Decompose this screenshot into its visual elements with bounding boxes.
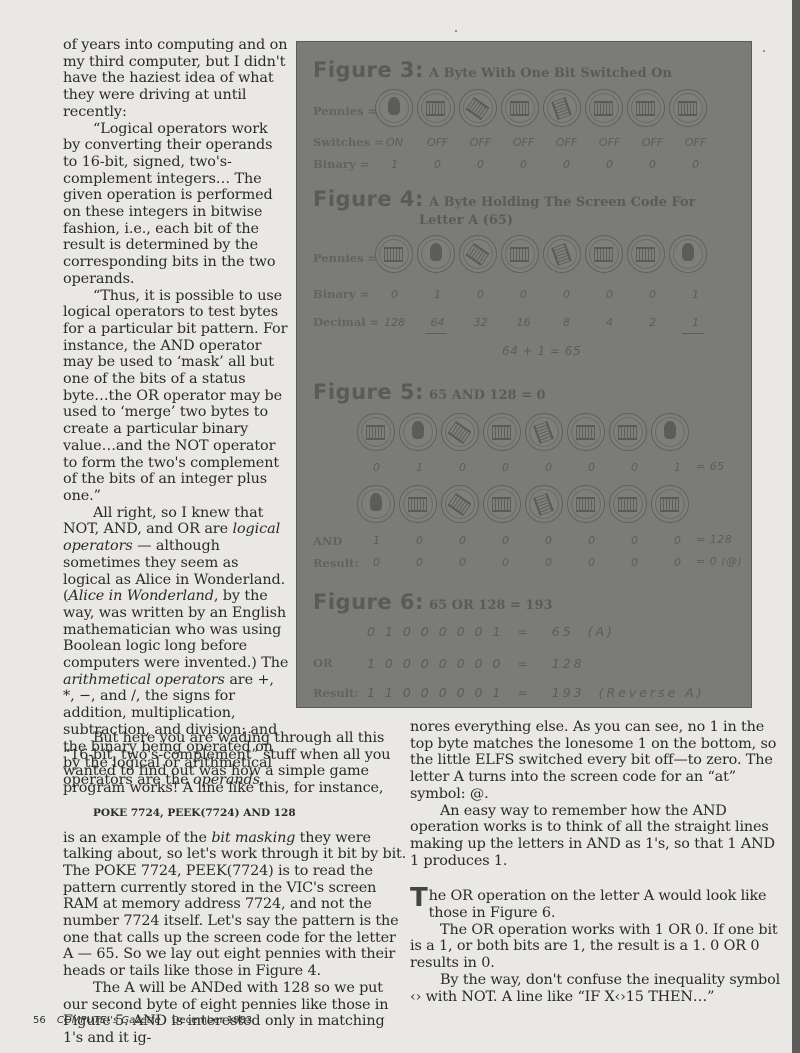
cell: 1: [674, 288, 717, 301]
cell: 0: [484, 556, 527, 569]
penny-tails-icon: [501, 89, 539, 127]
penny-tails-icon: [459, 235, 497, 273]
issue-date: December 1983: [172, 1015, 252, 1026]
page-binding-edge: [792, 0, 800, 1053]
penny-tails-icon: [609, 413, 647, 451]
total-annotation: = 0 (@): [696, 555, 742, 568]
cell: 0: [631, 158, 674, 171]
cell: 0: [459, 288, 502, 301]
cell: 0: [502, 158, 545, 171]
paragraph: An easy way to remember how the AND oper…: [410, 803, 785, 870]
text: is an example of the: [63, 830, 211, 846]
cell: OFF: [502, 136, 545, 149]
paragraph: The A will be ANDed with 128 so we put o…: [63, 980, 408, 1047]
cell: 0: [502, 288, 545, 301]
emphasis: bit masking: [211, 830, 295, 846]
page-number: 56: [33, 1015, 46, 1026]
operand-2-row: 1 0 0 0 0 0 0 0 = 128: [367, 656, 585, 671]
penny-tails-icon: [357, 413, 395, 451]
penny-tails-icon: [525, 413, 563, 451]
figure-caption: 65 OR 128 = 193: [429, 598, 553, 613]
cell: 0: [631, 288, 674, 301]
cell: 0: [588, 158, 631, 171]
figure-number: Figure 6:: [313, 590, 424, 614]
figure-5-title: Figure 5: 65 AND 128 = 0: [313, 380, 546, 404]
paragraph: But here you are wading through all this…: [63, 730, 408, 797]
paragraph: By the way, don't confuse the inequality…: [410, 972, 785, 1005]
total-annotation: = 128: [696, 533, 732, 546]
penny-heads-icon: [417, 235, 455, 273]
penny-tails-icon: [417, 89, 455, 127]
paragraph: of years into computing and on my third …: [63, 37, 289, 121]
binary-label: Binary =: [313, 287, 369, 301]
figure-caption: A Byte With One Bit Switched On: [429, 66, 672, 81]
left-column: of years into computing and on my third …: [63, 37, 289, 789]
underline-mark: [682, 333, 704, 334]
cell: OFF: [631, 136, 674, 149]
text: he OR operation on the letter A would lo…: [429, 888, 767, 921]
cell: 0: [656, 556, 699, 569]
cell: 0: [545, 288, 588, 301]
cell: 128: [373, 316, 416, 329]
cell: 0: [613, 534, 656, 547]
or-label: OR: [313, 656, 333, 670]
total-annotation: = 65: [696, 460, 725, 473]
penny-heads-icon: [669, 235, 707, 273]
text: they were talking about, so let's work t…: [63, 830, 406, 980]
binary-row: 1 0 0 0 0 0 0 0: [373, 158, 717, 171]
penny-tails-icon: [627, 89, 665, 127]
penny-heads-icon: [375, 89, 413, 127]
cell: 1: [416, 288, 459, 301]
cell: 1: [398, 461, 441, 474]
penny-tails-icon: [441, 485, 479, 523]
cell: 0: [355, 556, 398, 569]
cell: 0: [441, 556, 484, 569]
paragraph: nores everything else. As you can see, n…: [410, 719, 785, 803]
penny-row: [375, 235, 707, 273]
result-label: Result:: [313, 556, 359, 570]
magazine-name: COMPUTE!'s Gazette: [57, 1015, 161, 1026]
penny-tails-icon: [483, 485, 521, 523]
figure-caption: 65 AND 128 = 0: [429, 388, 546, 403]
cell: OFF: [459, 136, 502, 149]
cell: 0: [570, 556, 613, 569]
cell: 1: [355, 534, 398, 547]
cell: 64: [416, 316, 459, 329]
cell: 0: [484, 534, 527, 547]
drop-cap: T: [410, 889, 428, 907]
penny-tails-icon: [567, 413, 605, 451]
sum-annotation: 64 + 1 = 65: [502, 344, 581, 358]
cell: 32: [459, 316, 502, 329]
underline-mark: [425, 333, 447, 334]
result-row: 0 0 0 0 0 0 0 0: [355, 556, 699, 569]
penny-row: [357, 413, 689, 451]
figure-number: Figure 3:: [313, 58, 424, 82]
penny-row: [357, 485, 689, 523]
page-footer: 56 COMPUTE!'s Gazette December 1983: [33, 1015, 252, 1026]
cell: 0: [355, 461, 398, 474]
figure-caption: A Byte Holding The Screen Code For: [429, 195, 695, 210]
result-label: Result:: [313, 686, 359, 700]
binary-label: Binary =: [313, 157, 369, 171]
penny-heads-icon: [399, 413, 437, 451]
penny-tails-icon: [585, 89, 623, 127]
cell: 0: [441, 461, 484, 474]
quote-paragraph: “Thus, it is possible to use logical ope…: [63, 288, 289, 505]
penny-tails-icon: [543, 235, 581, 273]
cell: 1: [674, 316, 717, 329]
figure-number: Figure 5:: [313, 380, 424, 404]
print-speck: [455, 30, 457, 32]
cell: 0: [613, 556, 656, 569]
penny-row: [375, 89, 707, 127]
penny-tails-icon: [459, 89, 497, 127]
decimal-row: 128 64 32 16 8 4 2 1: [373, 316, 717, 329]
cell: 1: [373, 158, 416, 171]
cell: 0: [613, 461, 656, 474]
penny-tails-icon: [627, 235, 665, 273]
penny-tails-icon: [501, 235, 539, 273]
cell: 0: [459, 158, 502, 171]
cell: 1: [656, 461, 699, 474]
penny-tails-icon: [669, 89, 707, 127]
cell: OFF: [545, 136, 588, 149]
penny-tails-icon: [399, 485, 437, 523]
cell: 0: [656, 534, 699, 547]
cell: 0: [570, 461, 613, 474]
operand-1-row: 0 1 0 0 0 0 0 1: [355, 461, 699, 474]
decimal-label: Decimal =: [313, 315, 379, 329]
penny-tails-icon: [441, 413, 479, 451]
cell: 2: [631, 316, 674, 329]
figure-panel: Figure 3: A Byte With One Bit Switched O…: [296, 41, 752, 708]
penny-tails-icon: [525, 485, 563, 523]
cell: 8: [545, 316, 588, 329]
cell: 4: [588, 316, 631, 329]
cell: 0: [484, 461, 527, 474]
cell: 0: [545, 158, 588, 171]
penny-heads-icon: [651, 413, 689, 451]
pennies-label: Pennies =: [313, 104, 377, 118]
print-speck: [763, 50, 765, 52]
cell: 0: [373, 288, 416, 301]
emphasis: arithmetical operators: [63, 672, 225, 688]
cell: OFF: [588, 136, 631, 149]
figure-3-title: Figure 3: A Byte With One Bit Switched O…: [313, 58, 672, 82]
penny-tails-icon: [585, 235, 623, 273]
switches-row: ON OFF OFF OFF OFF OFF OFF OFF: [373, 136, 717, 149]
paragraph: is an example of the bit masking they we…: [63, 830, 408, 980]
cell: 0: [527, 556, 570, 569]
paragraph: The OR operation works with 1 OR 0. If o…: [410, 922, 785, 972]
emphasis: Alice in Wonderland: [69, 588, 214, 604]
operand-1-row: 0 1 0 0 0 0 0 1 = 65 (A): [367, 624, 615, 639]
cell: 0: [398, 534, 441, 547]
figure-number: Figure 4:: [313, 187, 424, 211]
operand-2-row: 1 0 0 0 0 0 0 0: [355, 534, 699, 547]
cell: OFF: [416, 136, 459, 149]
code-line: POKE 7724, PEEK(7724) AND 128: [63, 805, 408, 822]
figure-caption-line2: Letter A (65): [419, 213, 513, 228]
penny-tails-icon: [609, 485, 647, 523]
penny-tails-icon: [567, 485, 605, 523]
cell: 0: [398, 556, 441, 569]
cell: 0: [416, 158, 459, 171]
bottom-left-column: But here you are wading through all this…: [63, 730, 408, 1047]
penny-tails-icon: [543, 89, 581, 127]
cell: ON: [373, 136, 416, 149]
figure-4-title: Figure 4: A Byte Holding The Screen Code…: [313, 187, 696, 211]
binary-row: 0 1 0 0 0 0 0 1: [373, 288, 717, 301]
figure-6-title: Figure 6: 65 OR 128 = 193: [313, 590, 553, 614]
cell: OFF: [674, 136, 717, 149]
penny-tails-icon: [375, 235, 413, 273]
and-label: AND: [313, 534, 342, 548]
paragraph: The OR operation on the letter A would l…: [410, 888, 785, 921]
bottom-right-column: nores everything else. As you can see, n…: [410, 719, 785, 1005]
cell: 0: [441, 534, 484, 547]
cell: 0: [570, 534, 613, 547]
quote-paragraph: “Logical operators work by converting th…: [63, 121, 289, 288]
penny-tails-icon: [651, 485, 689, 523]
cell: 0: [588, 288, 631, 301]
penny-heads-icon: [357, 485, 395, 523]
penny-tails-icon: [483, 413, 521, 451]
cell: 0: [674, 158, 717, 171]
result-row: 1 1 0 0 0 0 0 1 = 193 (Reverse A): [367, 685, 705, 700]
cell: 16: [502, 316, 545, 329]
pennies-label: Pennies =: [313, 251, 377, 265]
cell: 0: [527, 461, 570, 474]
cell: 0: [527, 534, 570, 547]
